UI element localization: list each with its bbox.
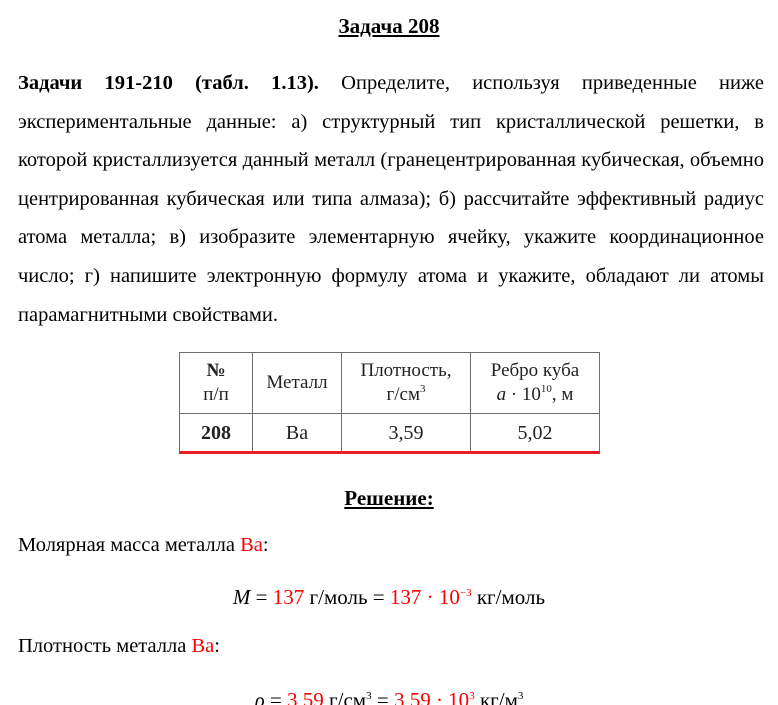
density-formula: ρ = 3,59 г/см3 = 3,59 · 103 кг/м3 [0,688,778,705]
task-description: Задачи 191-210 (табл. 1.13). Определите,… [18,64,764,334]
cell-density: 3,59 [342,414,471,453]
header-density: Плотность, г/см3 [342,353,471,414]
molar-mass-formula: M = 137 г/моль = 137 · 10−3 кг/моль [0,585,778,610]
density-label: Плотность металла Ba: [18,635,220,658]
cell-metal: Ba [253,414,342,453]
table-underline [179,451,600,454]
table-header-row: № п/п Металл Плотность, г/см3 Ребро куба… [180,353,600,414]
header-num: № п/п [180,353,253,414]
header-metal: Металл [253,353,342,414]
data-table-wrapper: № п/п Металл Плотность, г/см3 Ребро куба… [179,352,600,453]
solution-title: Решение: [0,486,778,511]
task-lead: Задачи 191-210 (табл. 1.13). [18,72,319,94]
task-title: Задача 208 [0,14,778,39]
cell-edge: 5,02 [471,414,600,453]
data-table: № п/п Металл Плотность, г/см3 Ребро куба… [179,352,600,453]
task-text: Определите, используя приведенные ниже э… [18,72,764,326]
cell-num: 208 [180,414,253,453]
header-edge: Ребро куба a · 1010, м [471,353,600,414]
molar-mass-label: Молярная масса металла Ba: [18,534,269,557]
table-row: 208 Ba 3,59 5,02 [180,414,600,453]
